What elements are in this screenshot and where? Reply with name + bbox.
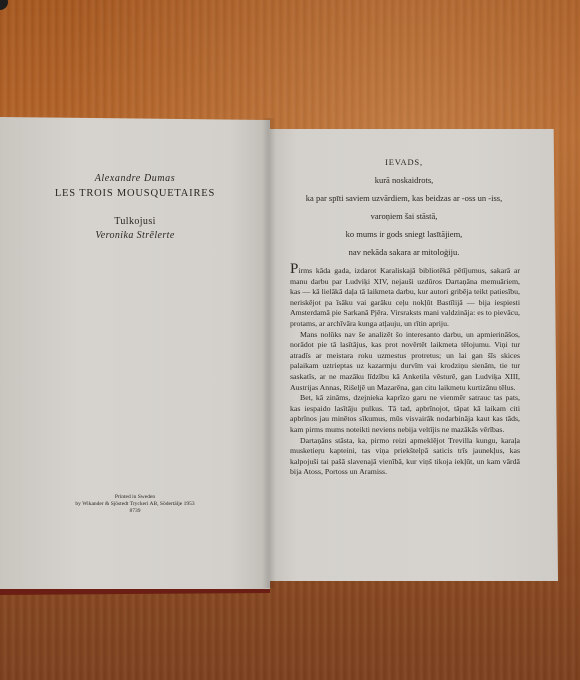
imprint-line: Printed in Sweden (0, 494, 270, 501)
book-title: LES TROIS MOUSQUETAIRES (0, 186, 270, 202)
paragraph: Dartaņāns stāsta, ka, pirmo reizi apmekl… (290, 436, 520, 478)
author-name: Alexandre Dumas (0, 172, 270, 186)
printer-imprint: Printed in Sweden by Wikander & Sjöstedt… (0, 494, 270, 515)
body-text: Pirms kāda gada, izdarot Karaliskajā bib… (290, 264, 520, 478)
subtitle-line: nav nekāda sakara ar mitoloģiju. (268, 243, 540, 261)
paragraph: Pirms kāda gada, izdarot Karaliskajā bib… (290, 264, 520, 330)
subtitle-line: varoņiem šai stāstā, (268, 207, 540, 225)
translator-name: Veronika Strēlerte (0, 229, 270, 243)
imprint-line: by Wikander & Sjöstedt Tryckeri AB, Söde… (0, 501, 270, 508)
subtitle-line: kurā noskaidrots, (268, 171, 540, 189)
imprint-line: 8739 (0, 508, 270, 515)
book-gutter (262, 118, 276, 588)
subtitle-line: ko mums ir gods sniegt lasītājiem, (268, 225, 540, 243)
title-block: Alexandre Dumas LES TROIS MOUSQUETAIRES … (0, 172, 270, 243)
paragraph: Bet, kā zināms, dzejnieka kaprīzo garu n… (290, 393, 520, 435)
right-page: IEVADS, kurā noskaidrots, ka par spīti s… (268, 129, 558, 581)
left-page: Alexandre Dumas LES TROIS MOUSQUETAIRES … (0, 117, 270, 589)
paragraph: Mans nolūks nav še analizēt šo interesan… (290, 330, 520, 394)
translator-label: Tulkojusi (0, 215, 270, 229)
paragraph-text: irms kāda gada, izdarot Karaliskajā bibl… (290, 266, 520, 328)
introduction-heading-block: IEVADS, kurā noskaidrots, ka par spīti s… (268, 153, 540, 261)
subtitle-line: ka par spīti saviem uzvārdiem, kas beidz… (268, 189, 540, 207)
chapter-heading: IEVADS, (268, 153, 540, 171)
